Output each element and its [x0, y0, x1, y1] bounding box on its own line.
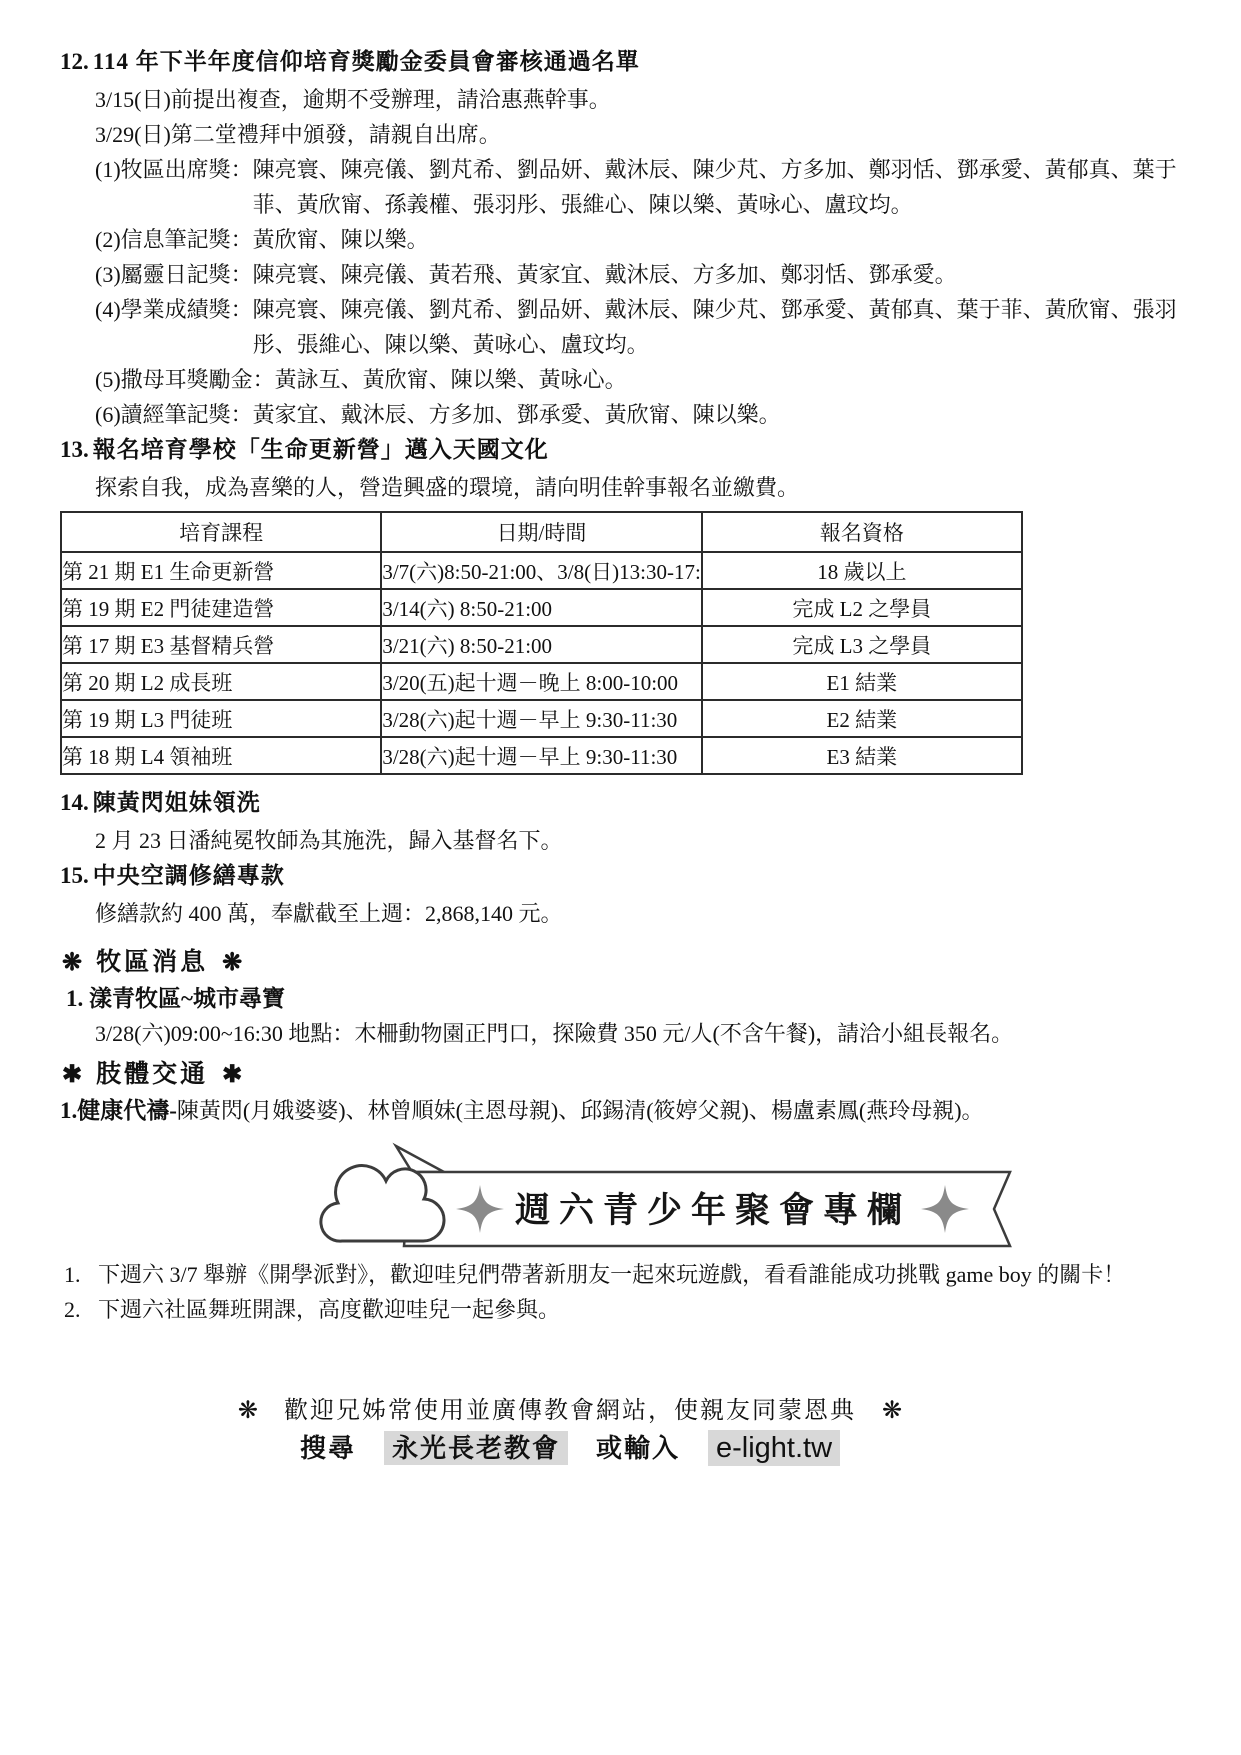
youth-item-text: 下週六 3/7 舉辦《開學派對》，歡迎哇兒們帶著新朋友一起來玩遊戲，看看誰能成功… [98, 1257, 1183, 1292]
cell-time: 3/21(六) 8:50-21:00 [381, 626, 701, 663]
cell-time: 3/7(六)8:50-21:00、3/8(日)13:30-17:30 [381, 552, 701, 589]
cell-course: 第 17 期 E3 基督精兵營 [61, 626, 381, 663]
item12-line1: 3/15(日)前提出複查，逾期不受辦理，請洽惠燕幹事。 [60, 82, 1183, 117]
youth-item-number: 1. [60, 1257, 98, 1292]
award-row: (6)讀經筆記獎： 黃家宜、戴沐辰、方多加、鄧承愛、黃欣甯、陳以樂。 [60, 397, 1183, 432]
cell-qualification: 18 歲以上 [702, 552, 1022, 589]
item15-heading: 15. 中央空調修繕專款 [60, 858, 1183, 896]
course-table-header-row: 培育課程 日期/時間 報名資格 [61, 512, 1022, 552]
health-prayer-names: 陳黃閃(月娥婆婆)、林曾順妹(主恩母親)、邱錫清(筱婷父親)、楊盧素鳳(燕玲母親… [177, 1098, 984, 1123]
flower-asterisk-icon: ❋ [222, 950, 242, 976]
flower-asterisk-icon: ❋ [238, 1398, 258, 1424]
cell-time: 3/20(五)起十週－晚上 8:00-10:00 [381, 663, 701, 700]
award-names: 陳亮寰、陳亮儀、劉芃希、劉品妍、戴沐辰、陳少芃、鄧承愛、黃郁真、葉于菲、黃欣甯、… [253, 292, 1183, 362]
item14-number: 14. [60, 790, 89, 815]
cell-qualification: 完成 L2 之學員 [702, 589, 1022, 626]
item14-line1: 2 月 23 日潘純冕牧師為其施洗，歸入基督名下。 [60, 823, 1183, 858]
item13-number: 13. [60, 437, 89, 462]
item12-number: 12. [60, 49, 89, 74]
award-names: 陳亮寰、陳亮儀、黃若飛、黃家宜、戴沐辰、方多加、鄭羽恬、鄧承愛。 [253, 257, 1183, 292]
cell-course: 第 19 期 E2 門徒建造營 [61, 589, 381, 626]
table-row: 第 17 期 E3 基督精兵營 3/21(六) 8:50-21:00 完成 L3… [61, 626, 1022, 663]
pastoral-item-heading: 1. 漾青牧區~城市尋寶 [60, 981, 1183, 1016]
footer-search-line: 搜尋永光長老教會或輸入e-light.tw [60, 1428, 1080, 1468]
youth-item-text: 下週六社區舞班開課，高度歡迎哇兒一起參與。 [98, 1292, 1183, 1327]
bulletin-page: 12. 114 年下半年度信仰培育獎勵金委員會審核通過名單 3/15(日)前提出… [0, 0, 1241, 1755]
item14-heading: 14. 陳黃閃姐妹領洗 [60, 785, 1183, 823]
cell-qualification: 完成 L3 之學員 [702, 626, 1022, 663]
heavy-asterisk-icon: ✱ [222, 1062, 242, 1088]
item13-title: 報名培育學校「生命更新營」邁入天國文化 [93, 437, 549, 462]
youth-item: 2. 下週六社區舞班開課，高度歡迎哇兒一起參與。 [60, 1292, 1183, 1327]
item15-line1: 修繕款約 400 萬，奉獻截至上週：2,868,140 元。 [60, 896, 1183, 931]
item13-heading: 13. 報名培育學校「生命更新營」邁入天國文化 [60, 432, 1183, 470]
table-row: 第 21 期 E1 生命更新營 3/7(六)8:50-21:00、3/8(日)1… [61, 552, 1022, 589]
award-label: (2)信息筆記獎： [95, 222, 253, 257]
award-names: 黃欣甯、陳以樂。 [253, 222, 1183, 257]
cell-time: 3/14(六) 8:50-21:00 [381, 589, 701, 626]
cell-course: 第 19 期 L3 門徒班 [61, 700, 381, 737]
flower-asterisk-icon: ❋ [62, 950, 82, 976]
pastoral-item-number: 1. [66, 986, 83, 1011]
award-names: 陳亮寰、陳亮儀、劉芃希、劉品妍、戴沐辰、陳少芃、方多加、鄭羽恬、鄧承愛、黃郁真、… [253, 152, 1183, 222]
youth-banner-title: 週六青少年聚會專欄 [515, 1190, 911, 1230]
table-row: 第 18 期 L4 領袖班 3/28(六)起十週－早上 9:30-11:30 E… [61, 737, 1022, 774]
table-row: 第 20 期 L2 成長班 3/20(五)起十週－晚上 8:00-10:00 E… [61, 663, 1022, 700]
youth-item-number: 2. [60, 1292, 98, 1327]
table-row: 第 19 期 L3 門徒班 3/28(六)起十週－早上 9:30-11:30 E… [61, 700, 1022, 737]
youth-item: 1. 下週六 3/7 舉辦《開學派對》，歡迎哇兒們帶著新朋友一起來玩遊戲，看看誰… [60, 1257, 1183, 1292]
cell-course: 第 20 期 L2 成長班 [61, 663, 381, 700]
item15-number: 15. [60, 863, 89, 888]
flower-asterisk-icon: ❋ [882, 1398, 902, 1424]
cell-course: 第 21 期 E1 生命更新營 [61, 552, 381, 589]
pastoral-news-header: ❋牧區消息❋ [60, 945, 1183, 981]
award-row: (5)撒母耳獎勵金： 黃詠互、黃欣甯、陳以樂、黃咏心。 [60, 362, 1183, 397]
award-row: (2)信息筆記獎： 黃欣甯、陳以樂。 [60, 222, 1183, 257]
award-names: 黃詠互、黃欣甯、陳以樂、黃咏心。 [275, 362, 1183, 397]
heavy-asterisk-icon: ✱ [62, 1062, 82, 1088]
cell-qualification: E3 結業 [702, 737, 1022, 774]
header-course: 培育課程 [61, 512, 381, 552]
footer-website-text: 歡迎兄姊常使用並廣傳教會網站，使親友同蒙恩典 [284, 1398, 856, 1424]
course-table: 培育課程 日期/時間 報名資格 第 21 期 E1 生命更新營 3/7(六)8:… [60, 511, 1023, 775]
award-names: 黃家宜、戴沐辰、方多加、鄧承愛、黃欣甯、陳以樂。 [253, 397, 1183, 432]
youth-banner: 週六青少年聚會專欄 [60, 1132, 1183, 1251]
youth-banner-graphic: 週六青少年聚會專欄 [308, 1132, 1048, 1251]
award-row: (1)牧區出席獎： 陳亮寰、陳亮儀、劉芃希、劉品妍、戴沐辰、陳少芃、方多加、鄭羽… [60, 152, 1183, 222]
award-label: (1)牧區出席獎： [95, 152, 253, 222]
header-time: 日期/時間 [381, 512, 701, 552]
health-prayer-line: 1.健康代禱-陳黃閃(月娥婆婆)、林曾順妹(主恩母親)、邱錫清(筱婷父親)、楊盧… [60, 1093, 1183, 1128]
cell-time: 3/28(六)起十週－早上 9:30-11:30 [381, 737, 701, 774]
pastoral-item-body: 3/28(六)09:00~16:30 地點：木柵動物園正門口，探險費 350 元… [60, 1016, 1183, 1051]
footer: ❋歡迎兄姊常使用並廣傳教會網站，使親友同蒙恩典❋ 搜尋永光長老教會或輸入e-li… [60, 1395, 1080, 1468]
item12-line2: 3/29(日)第二堂禮拜中頒發，請親自出席。 [60, 117, 1183, 152]
item12-title: 114 年下半年度信仰培育獎勵金委員會審核通過名單 [93, 49, 640, 74]
header-qualification: 報名資格 [702, 512, 1022, 552]
award-row: (3)屬靈日記獎： 陳亮寰、陳亮儀、黃若飛、黃家宜、戴沐辰、方多加、鄭羽恬、鄧承… [60, 257, 1183, 292]
or-input-label: 或輸入 [596, 1433, 680, 1463]
cell-qualification: E2 結業 [702, 700, 1022, 737]
item13-line1: 探索自我，成為喜樂的人，營造興盛的環境，請向明佳幹事報名並繳費。 [60, 470, 1183, 505]
footer-website-line: ❋歡迎兄姊常使用並廣傳教會網站，使親友同蒙恩典❋ [60, 1395, 1080, 1428]
cell-qualification: E1 結業 [702, 663, 1022, 700]
cell-course: 第 18 期 L4 領袖班 [61, 737, 381, 774]
award-label: (6)讀經筆記獎： [95, 397, 253, 432]
body-care-title: 肢體交通 [96, 1061, 208, 1088]
award-label: (5)撒母耳獎勵金： [95, 362, 275, 397]
church-name-highlight: 永光長老教會 [384, 1431, 568, 1465]
pastoral-item-title: 漾青牧區~城市尋寶 [89, 986, 285, 1011]
body-care-header: ✱肢體交通✱ [60, 1057, 1183, 1093]
health-prayer-label: 1.健康代禱- [60, 1098, 177, 1123]
item12-heading: 12. 114 年下半年度信仰培育獎勵金委員會審核通過名單 [60, 44, 1183, 82]
item15-title: 中央空調修繕專款 [93, 863, 285, 888]
award-label: (4)學業成績獎： [95, 292, 253, 362]
pastoral-news-title: 牧區消息 [96, 949, 208, 976]
award-label: (3)屬靈日記獎： [95, 257, 253, 292]
cell-time: 3/28(六)起十週－早上 9:30-11:30 [381, 700, 701, 737]
website-url-highlight: e-light.tw [708, 1430, 840, 1466]
search-label: 搜尋 [300, 1433, 356, 1463]
table-row: 第 19 期 E2 門徒建造營 3/14(六) 8:50-21:00 完成 L2… [61, 589, 1022, 626]
award-row: (4)學業成績獎： 陳亮寰、陳亮儀、劉芃希、劉品妍、戴沐辰、陳少芃、鄧承愛、黃郁… [60, 292, 1183, 362]
item14-title: 陳黃閃姐妹領洗 [93, 790, 261, 815]
